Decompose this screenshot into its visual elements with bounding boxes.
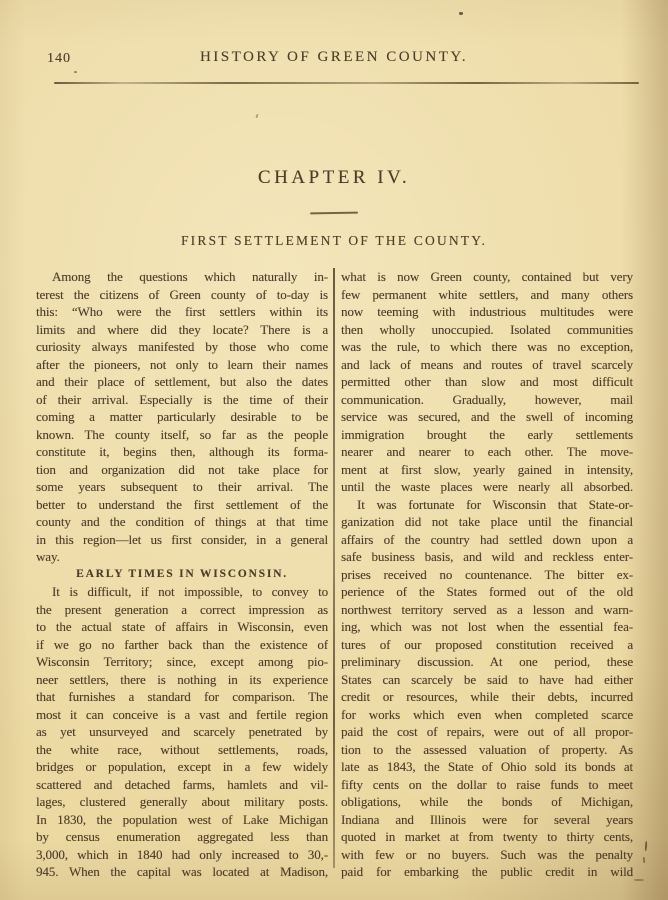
text-line: lages, clustered generally about militar… bbox=[36, 793, 328, 811]
text-line: tion and organization did not take place… bbox=[36, 461, 328, 479]
text-line: better to understand the first settlemen… bbox=[36, 496, 328, 514]
text-line: obligations, while the bonds of Michigan… bbox=[341, 793, 633, 811]
chapter-divider-rule bbox=[310, 212, 358, 215]
text-line: In 1830, the population west of Lake Mic… bbox=[36, 811, 328, 829]
chapter-heading: CHAPTER IV. bbox=[0, 167, 668, 189]
text-line: what is now Green county, contained but … bbox=[341, 268, 633, 286]
text-line: until the waste places were nearly all a… bbox=[341, 478, 633, 496]
text-line: fifty cents on the dollar to raise funds… bbox=[341, 776, 633, 794]
text-line: this: “Who were the first settlers withi… bbox=[36, 303, 328, 321]
ink-speck bbox=[74, 71, 77, 73]
text-line: late as 1843, the State of Ohio sold its… bbox=[341, 758, 633, 776]
text-line: quoted in market at from twenty to thirt… bbox=[341, 828, 633, 846]
text-line: the present generation a correct impress… bbox=[36, 601, 328, 619]
text-line: It is difficult, if not impossible, to c… bbox=[36, 583, 328, 601]
text-line: coming a matter particularly desirable t… bbox=[36, 408, 328, 426]
text-line: that furnishes a standard for comparison… bbox=[36, 688, 328, 706]
text-line: as yet unsurveyed and scarcely penetrate… bbox=[36, 723, 328, 741]
text-line: with few or no buyers. Such was the pena… bbox=[341, 846, 633, 864]
text-line: the white race, without settlements, roa… bbox=[36, 741, 328, 759]
text-line: States can scarcely be said to have had … bbox=[341, 671, 633, 689]
ink-speck bbox=[634, 879, 644, 881]
text-line: by census enumeration aggregated less th… bbox=[36, 828, 328, 846]
text-line: perience of the States formed out of the… bbox=[341, 583, 633, 601]
text-line: curiosity always manifested by those who… bbox=[36, 338, 328, 356]
ink-speck bbox=[459, 12, 463, 15]
text-line: some years subsequent to their arrival. … bbox=[36, 478, 328, 496]
text-line: nearer and nearer to each other. The mov… bbox=[341, 443, 633, 461]
text-line: credit or resources, while their debts, … bbox=[341, 688, 633, 706]
text-line: and lack of means and routes of travel s… bbox=[341, 356, 633, 374]
text-line: permitted other than slow and most diffi… bbox=[341, 373, 633, 391]
right-text-column: what is now Green county, contained but … bbox=[341, 268, 633, 881]
text-line: for works which even when completed scar… bbox=[341, 706, 633, 724]
book-page-scan: 140 HISTORY OF GREEN COUNTY. CHAPTER IV.… bbox=[0, 0, 668, 900]
text-line: few permanent white settlers, and many o… bbox=[341, 286, 633, 304]
header-rule bbox=[54, 82, 639, 84]
text-line: Among the questions which naturally in- bbox=[36, 268, 328, 286]
text-line: safe business basis, and wild and reckle… bbox=[341, 548, 633, 566]
running-title: HISTORY OF GREEN COUNTY. bbox=[0, 49, 668, 66]
text-line: ing, which was not lost when the essenti… bbox=[341, 618, 633, 636]
text-line: in this region—let us first consider, in… bbox=[36, 531, 328, 549]
text-line: tures of our proposed constitution recei… bbox=[341, 636, 633, 654]
text-line: most it can conceive is a vast and ferti… bbox=[36, 706, 328, 724]
text-line: Indiana and Illinois were for several ye… bbox=[341, 811, 633, 829]
text-line: then wholly unoccupied. Isolated communi… bbox=[341, 321, 633, 339]
text-line: 945. When the capital was located at Mad… bbox=[36, 863, 328, 881]
text-line: preliminary discussion. At one period, t… bbox=[341, 653, 633, 671]
text-line: after the pioneers, not only to learn th… bbox=[36, 356, 328, 374]
text-line: of their arrival. Especially is the time… bbox=[36, 391, 328, 409]
text-line: immigration brought the early settlement… bbox=[341, 426, 633, 444]
text-line: tion to the assessed valuation of proper… bbox=[341, 741, 633, 759]
text-line: county and the condition of things at th… bbox=[36, 513, 328, 531]
ink-speck bbox=[255, 114, 258, 118]
ink-speck bbox=[643, 857, 646, 863]
text-line: ganization did not take place until the … bbox=[341, 513, 633, 531]
text-line: affairs of the country had settled down … bbox=[341, 531, 633, 549]
ink-speck bbox=[645, 841, 648, 851]
text-line: ment at first slow, yearly gained in int… bbox=[341, 461, 633, 479]
text-line: was the rule, to which there was no exce… bbox=[341, 338, 633, 356]
text-line: terest the citizens of Green county of t… bbox=[36, 286, 328, 304]
text-line: Wisconsin Territory; since, except among… bbox=[36, 653, 328, 671]
left-text-column: Among the questions which naturally in-t… bbox=[36, 268, 328, 881]
text-line: northwest territory served as a lesson a… bbox=[341, 601, 633, 619]
text-line: bridges or population, except in a few w… bbox=[36, 758, 328, 776]
text-line: communication. Gradually, however, mail bbox=[341, 391, 633, 409]
column-subheading: EARLY TIMES IN WISCONSIN. bbox=[36, 566, 328, 584]
text-line: limits and where did they locate? There … bbox=[36, 321, 328, 339]
text-line: service was secured, and the swell of in… bbox=[341, 408, 633, 426]
text-line: way. bbox=[36, 548, 328, 566]
text-line: paid the cost of repairs, were out of al… bbox=[341, 723, 633, 741]
text-line: It was fortunate for Wisconsin that Stat… bbox=[341, 496, 633, 514]
text-line: scattered and detached farms, hamlets an… bbox=[36, 776, 328, 794]
text-line: to the actual state of affairs in Wiscon… bbox=[36, 618, 328, 636]
text-line: prises received no countenance. The bitt… bbox=[341, 566, 633, 584]
section-heading: FIRST SETTLEMENT OF THE COUNTY. bbox=[0, 233, 668, 249]
text-line: constitute it, begins then, although its… bbox=[36, 443, 328, 461]
text-line: known. The county itself, so far as the … bbox=[36, 426, 328, 444]
text-line: if we go no farther back than the existe… bbox=[36, 636, 328, 654]
text-line: neer settlers, there is nothing in its e… bbox=[36, 671, 328, 689]
column-divider-rule bbox=[333, 268, 335, 868]
text-line: 3,000, which in 1840 had only increased … bbox=[36, 846, 328, 864]
text-line: and their place of settlement, but also … bbox=[36, 373, 328, 391]
text-line: paid for embarking the public credit in … bbox=[341, 863, 633, 881]
text-line: now teeming with industrious multitudes … bbox=[341, 303, 633, 321]
